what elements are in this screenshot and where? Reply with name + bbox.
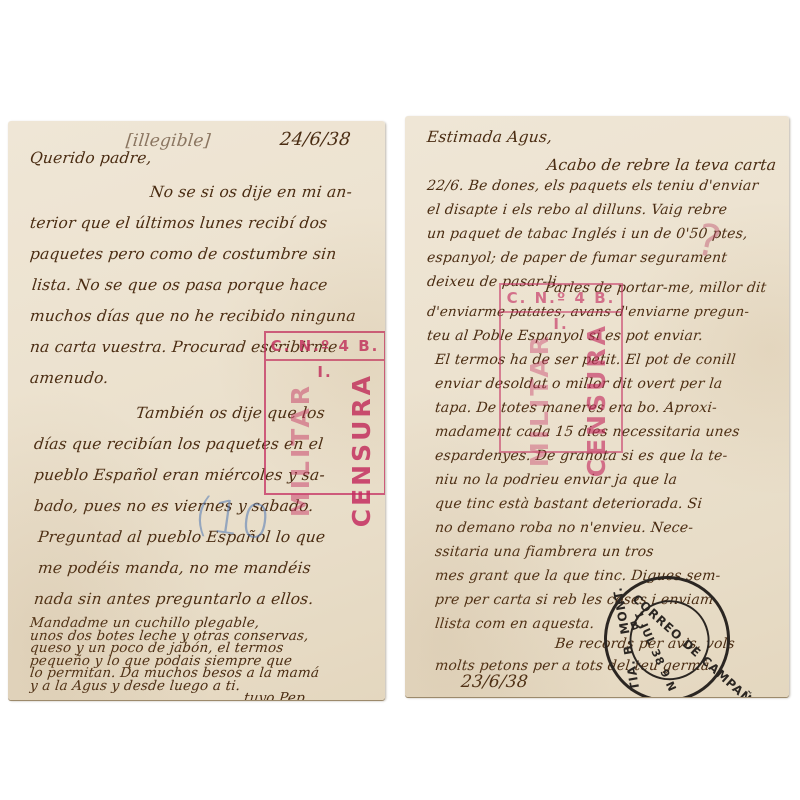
censor-stamp-word-militar: MILITAR xyxy=(525,333,554,467)
body-line: terior que el últimos lunes recibí dos xyxy=(29,214,328,232)
censor-stamp-word-censura: CENSURA xyxy=(347,373,376,527)
body-line: paquetes pero como de costumbre sin xyxy=(29,245,337,263)
body-line: Acabo de rebre la teva carta xyxy=(546,156,777,174)
body-line: niu no la podrieu enviar ja que la xyxy=(434,472,678,488)
censor-stamp-word-censura: CENSURA xyxy=(582,323,611,477)
body-line: No se si os dije en mi an- xyxy=(149,183,353,201)
body-line: nada sin antes preguntarlo a ellos. xyxy=(33,590,315,608)
body-line: llista com en aquesta. xyxy=(434,616,595,632)
body-line: amenudo. xyxy=(29,369,109,387)
body-line: espanyol; de paper de fumar segurament xyxy=(426,250,728,266)
censor-stamp: C. N.º 4 B. I. CENSURA MILITAR xyxy=(499,283,623,453)
body-line: me podéis manda, no me mandéis xyxy=(37,559,312,577)
postcard-left: [illegible] 24/6/38 Querido padre, No se… xyxy=(8,121,385,700)
letter-date: 23/6/38 xyxy=(460,672,529,692)
body-line: el disapte i els rebo al dilluns. Vaig r… xyxy=(426,202,728,218)
body-line: ssitaria una fiambrera un tros xyxy=(434,544,654,560)
faded-place-name: [illegible] xyxy=(125,131,212,151)
body-line: Preguntad al pueblo Español lo que xyxy=(37,528,326,546)
censor-stamp-header: C. N.º 4 B. I. xyxy=(501,285,621,313)
salutation: Querido padre, xyxy=(29,149,153,167)
censor-stamp-word-militar: MILITAR xyxy=(286,383,315,517)
body-line: que tinc està bastant deteriorada. Si xyxy=(434,496,703,512)
signature: tuyo Pep xyxy=(243,690,306,700)
body-line: muchos días que no he recibido ninguna xyxy=(29,307,357,325)
body-line: 22/6. Be dones, els paquets els teniu d'… xyxy=(426,178,759,194)
letter-date: 24/6/38 xyxy=(279,129,352,150)
censor-stamp-header: C. N.º 4 B. I. xyxy=(266,333,384,361)
body-line: y a la Agus y desde luego a ti. xyxy=(29,678,241,694)
postcard-right: Estimada Agus, Acabo de rebre la teva ca… xyxy=(405,116,789,697)
censor-stamp: C. N.º 4 B. I. CENSURA MILITAR xyxy=(264,331,385,495)
body-line: lista. No se que os pasa porque hace xyxy=(31,276,328,294)
salutation: Estimada Agus, xyxy=(426,128,553,146)
blue-pencil-mark: (10 xyxy=(191,486,274,550)
body-line: no demano roba no n'envieu. Nece- xyxy=(434,520,694,536)
